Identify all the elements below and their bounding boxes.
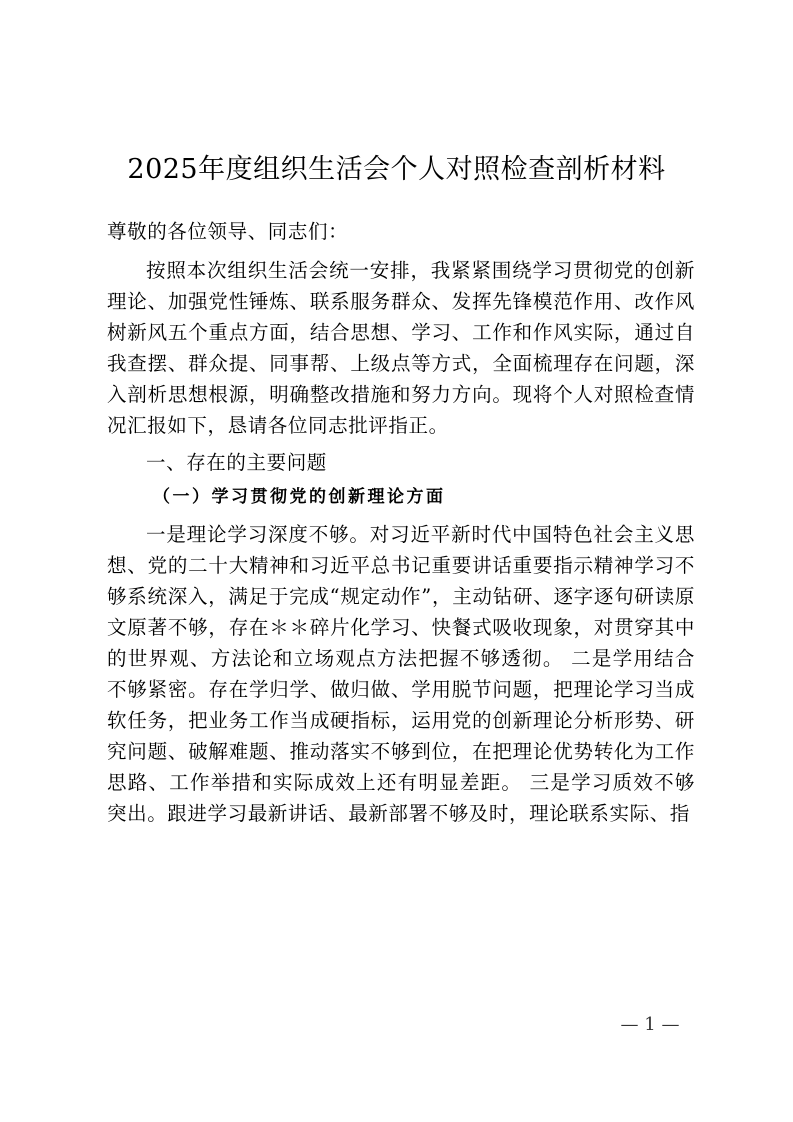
document-page: 2025年度组织生活会个人对照检查剖析材料 尊敬的各位领导、同志们： 按照本次组… (0, 0, 793, 1122)
salutation: 尊敬的各位领导、同志们： (107, 216, 695, 247)
intro-paragraph: 按照本次组织生活会统一安排，我紧紧围绕学习贯彻党的创新理论、加强党性锤炼、联系服… (107, 255, 695, 441)
page-number: — 1 — (600, 1014, 700, 1035)
document-body: 尊敬的各位领导、同志们： 按照本次组织生活会统一安排，我紧紧围绕学习贯彻党的创新… (107, 216, 695, 829)
body-paragraph: 一是理论学习深度不够。对习近平新时代中国特色社会主义思想、党的二十大精神和习近平… (107, 519, 695, 829)
document-title: 2025年度组织生活会个人对照检查剖析材料 (0, 150, 793, 190)
subsection-heading: （一）学习贯彻党的创新理论方面 (107, 482, 695, 513)
section-heading: 一、存在的主要问题 (107, 447, 695, 478)
